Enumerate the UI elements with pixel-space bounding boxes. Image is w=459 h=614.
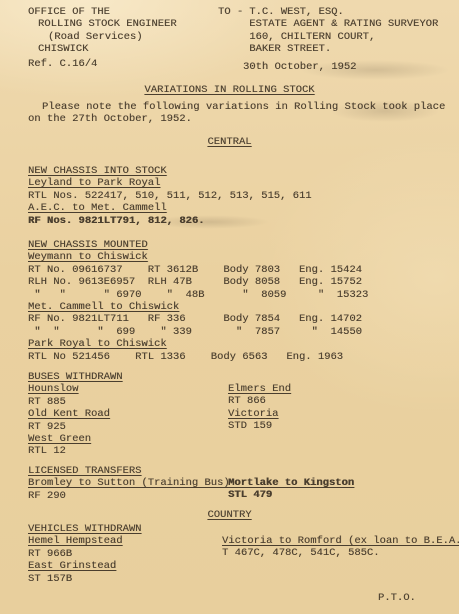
- chassis-row: RT No. 09616737 RT 3612B Body 7803 Eng. …: [28, 264, 368, 276]
- vehicle-number: RTL 12: [28, 445, 123, 457]
- vehicle-number: RT 925: [28, 421, 123, 433]
- intro-paragraph: Please note the following variations in …: [28, 101, 445, 126]
- document-title: VARIATIONS IN ROLLING STOCK: [0, 84, 459, 96]
- sender-line: (Road Services): [28, 31, 177, 43]
- licensed-transfers-right-column: Mortlake to Kingston STL 479: [228, 477, 354, 502]
- transfer-route: Bromley to Sutton (Training Bus): [28, 477, 230, 489]
- recipient-line: 160, CHILTERN COURT,: [249, 31, 438, 43]
- new-chassis-into-stock-section: NEW CHASSIS INTO STOCK Leyland to Park R…: [28, 165, 312, 227]
- licensed-transfers-left-column: LICENSED TRANSFERS Bromley to Sutton (Tr…: [28, 465, 230, 502]
- chassis-row: RTL No 521456 RTL 1336 Body 6563 Eng. 19…: [28, 351, 368, 363]
- vehicle-number: ST 157B: [28, 573, 141, 585]
- memo-document: { "colors": { "paper": "#ead1a0", "ink":…: [0, 0, 459, 614]
- section-heading: LICENSED TRANSFERS: [28, 465, 230, 477]
- central-heading-text: CENTRAL: [207, 136, 251, 148]
- to-label: TO -: [218, 6, 243, 18]
- chassis-row: RF No. 9821LT711 RF 336 Body 7854 Eng. 1…: [28, 313, 368, 325]
- garage-name: Hemel Hempstead: [28, 535, 141, 547]
- chassis-row: " " " 6970 " 48B " 8059 " 15323: [28, 289, 368, 301]
- route-subheading: Park Royal to Chiswick: [28, 338, 368, 350]
- recipient-line: T.C. WEST, ESQ.: [249, 6, 438, 18]
- buses-withdrawn-right-column: Elmers End RT 866 Victoria STD 159: [228, 383, 291, 433]
- vehicle-numbers: T 467C, 478C, 541C, 585C.: [222, 547, 459, 559]
- fleet-numbers: RTL Nos. 522417, 510, 511, 512, 513, 515…: [28, 190, 312, 202]
- route-subheading: Weymann to Chiswick: [28, 251, 368, 263]
- section-heading: BUSES WITHDRAWN: [28, 371, 123, 383]
- route-subheading: Met. Cammell to Chiswick: [28, 301, 368, 313]
- transfer-route: Mortlake to Kingston: [228, 477, 354, 489]
- country-section-heading: COUNTRY: [0, 509, 459, 521]
- sender-line: CHISWICK: [28, 43, 177, 55]
- garage-name: Hounslow: [28, 383, 123, 395]
- new-chassis-mounted-section: NEW CHASSIS MOUNTED Weymann to Chiswick …: [28, 239, 368, 363]
- garage-name: East Grinstead: [28, 560, 141, 572]
- intro-line: Please note the following variations in …: [28, 101, 445, 113]
- recipient-block: TO - T.C. WEST, ESQ. ESTATE AGENT & RATI…: [218, 6, 438, 56]
- vehicles-withdrawn-left-column: VEHICLES WITHDRAWN Hemel Hempstead RT 96…: [28, 523, 141, 585]
- central-section-heading: CENTRAL: [0, 136, 459, 148]
- vehicles-withdrawn-right-column: Victoria to Romford (ex loan to B.E.A.) …: [222, 535, 459, 560]
- sender-line: OFFICE OF THE: [28, 6, 177, 18]
- intro-line: on the 27th October, 1952.: [28, 113, 445, 125]
- vehicle-number: RT 885: [28, 396, 123, 408]
- recipient-line: ESTATE AGENT & RATING SURVEYOR: [249, 18, 438, 30]
- route-subheading: Leyland to Park Royal: [28, 177, 312, 189]
- document-date: 30th October, 1952: [243, 61, 356, 73]
- section-heading: NEW CHASSIS INTO STOCK: [28, 165, 312, 177]
- recipient-line: BAKER STREET.: [249, 43, 438, 55]
- buses-withdrawn-left-column: BUSES WITHDRAWN Hounslow RT 885 Old Kent…: [28, 371, 123, 458]
- garage-name: Old Kent Road: [28, 408, 123, 420]
- vehicle-number: RT 966B: [28, 548, 141, 560]
- garage-name: Victoria: [228, 408, 291, 420]
- chassis-row: " " " 699 " 339 " 7857 " 14550: [28, 326, 368, 338]
- route-subheading: A.E.C. to Met. Cammell: [28, 202, 312, 214]
- reference-number: Ref. C.16/4: [28, 58, 97, 70]
- chassis-row: RLH No. 9613E6957 RLH 47B Body 8058 Eng.…: [28, 276, 368, 288]
- vehicle-number: STL 479: [228, 489, 354, 501]
- vehicle-number: RT 866: [228, 395, 291, 407]
- sender-address-block: OFFICE OF THE ROLLING STOCK ENGINEER (Ro…: [28, 6, 177, 56]
- vehicle-number: STD 159: [228, 420, 291, 432]
- transfer-route: Victoria to Romford (ex loan to B.E.A.): [222, 535, 459, 547]
- fleet-numbers: RF Nos. 9821LT791, 812, 826.: [28, 215, 312, 227]
- section-heading: NEW CHASSIS MOUNTED: [28, 239, 368, 251]
- garage-name: West Green: [28, 433, 123, 445]
- sender-line: ROLLING STOCK ENGINEER: [28, 18, 177, 30]
- garage-name: Elmers End: [228, 383, 291, 395]
- section-heading: VEHICLES WITHDRAWN: [28, 523, 141, 535]
- document-title-text: VARIATIONS IN ROLLING STOCK: [144, 84, 314, 96]
- pto-note: P.T.O.: [378, 592, 416, 604]
- country-heading-text: COUNTRY: [207, 509, 251, 521]
- vehicle-number: RF 290: [28, 490, 230, 502]
